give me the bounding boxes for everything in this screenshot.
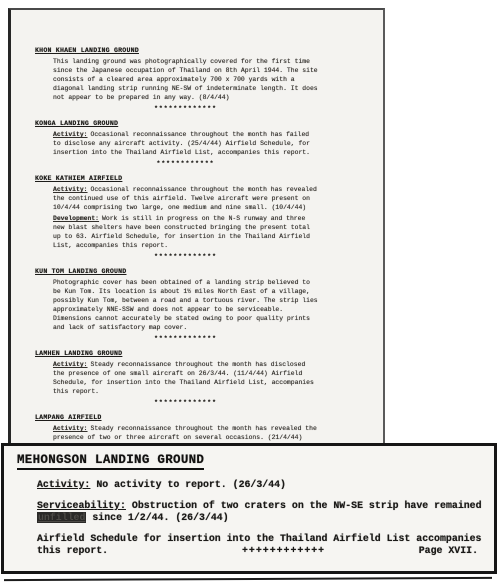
scan-edge-line bbox=[4, 577, 492, 581]
asterisk-separator: ************* bbox=[53, 398, 318, 407]
paragraph-text: This landing ground was photographically… bbox=[53, 58, 318, 101]
section-paragraph: Activity:Steady reconnaissance throughou… bbox=[53, 424, 318, 442]
page-number: Page XVII. bbox=[419, 545, 478, 557]
section-konga: KONGA LANDING GROUND Activity:Occasional… bbox=[35, 119, 335, 168]
section-khon-khaen: KHON KHAEN LANDING GROUND This landing g… bbox=[35, 46, 335, 113]
plus-separator: ++++++++++++ bbox=[242, 545, 325, 557]
asterisk-separator: ************ bbox=[53, 159, 318, 168]
section-paragraph: This landing ground was photographically… bbox=[53, 57, 318, 102]
asterisk-separator: ************* bbox=[53, 104, 318, 113]
section-paragraph: Activity:Steady reconnaissance throughou… bbox=[53, 360, 318, 396]
paragraph-label: Activity: bbox=[53, 131, 88, 138]
asterisk-separator: ************* bbox=[53, 334, 318, 343]
inset-activity-row: Activity:No activity to report. (26/3/44… bbox=[37, 479, 488, 491]
activity-label: Activity: bbox=[37, 479, 90, 490]
section-kun-tom: KUN TOM LANDING GROUND Photographic cove… bbox=[35, 267, 335, 343]
paragraph-label: Activity: bbox=[53, 186, 88, 193]
section-heading: KOKE KATHIEM AIRFIELD bbox=[35, 174, 335, 183]
paragraph-label: Development: bbox=[53, 215, 99, 222]
section-heading: LAMHEN LANDING GROUND bbox=[35, 349, 335, 358]
activity-text: No activity to report. (26/3/44) bbox=[96, 479, 286, 490]
section-heading: KONGA LANDING GROUND bbox=[35, 119, 335, 128]
paragraph-text: Photographic cover has been obtained of … bbox=[53, 279, 318, 331]
section-heading: KUN TOM LANDING GROUND bbox=[35, 267, 335, 276]
paragraph-text: Steady reconnaissance throughout the mon… bbox=[53, 425, 317, 441]
section-paragraph: Activity:Occasional reconnaissance throu… bbox=[53, 130, 318, 157]
section-paragraph: Development:Work is still in progress on… bbox=[53, 214, 318, 250]
paragraph-text: Occasional reconnaissance throughout the… bbox=[53, 186, 317, 211]
report-text-column: KHON KHAEN LANDING GROUND This landing g… bbox=[35, 46, 335, 460]
section-koke-kathiem: KOKE KATHIEM AIRFIELD Activity:Occasiona… bbox=[35, 174, 335, 261]
paragraph-label: Activity: bbox=[53, 425, 88, 432]
inset-section-heading: MEHONGSON LANDING GROUND bbox=[17, 453, 204, 470]
section-paragraph: Activity:Occasional reconnaissance throu… bbox=[53, 185, 318, 212]
section-paragraph: Photographic cover has been obtained of … bbox=[53, 278, 318, 332]
scanned-report-page: KHON KHAEN LANDING GROUND This landing g… bbox=[8, 8, 385, 460]
paragraph-text: Steady reconnaissance throughout the mon… bbox=[53, 361, 314, 395]
paragraph-label: Activity: bbox=[53, 361, 88, 368]
serviceability-label: Serviceability: bbox=[37, 500, 126, 511]
section-heading: LAMPANG AIRFIELD bbox=[35, 413, 335, 422]
magnified-inset-clip: MEHONGSON LANDING GROUND Activity:No act… bbox=[1, 443, 497, 574]
ink-smudge-word: unfilled bbox=[37, 512, 86, 523]
inset-schedule-row: Airfield Schedule for insertion into the… bbox=[37, 533, 492, 557]
asterisk-separator: ************* bbox=[53, 252, 318, 261]
inset-body: Activity:No activity to report. (26/3/44… bbox=[37, 479, 488, 557]
serviceability-text-pre: Obstruction of two craters on the NW-SE … bbox=[132, 500, 482, 511]
serviceability-text-post: since 1/2/44. (26/3/44) bbox=[92, 512, 228, 523]
paragraph-text: Occasional reconnaissance throughout the… bbox=[53, 131, 310, 156]
section-lamhen: LAMHEN LANDING GROUND Activity:Steady re… bbox=[35, 349, 335, 407]
section-heading: KHON KHAEN LANDING GROUND bbox=[35, 46, 335, 55]
inset-serviceability-row: Serviceability:Obstruction of two crater… bbox=[37, 500, 488, 524]
